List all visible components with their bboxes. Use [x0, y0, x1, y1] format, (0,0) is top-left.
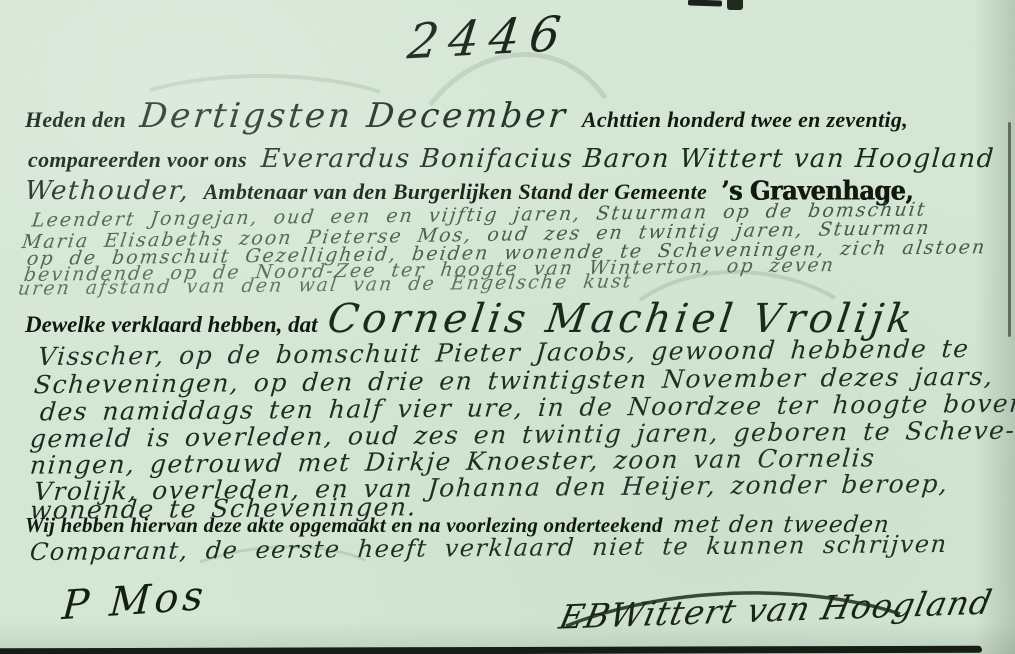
act-number: 2446: [405, 6, 574, 71]
handwritten-date: Dertigsten December: [138, 96, 570, 136]
printed-year: Achttien honderd twee en zeventig,: [582, 107, 908, 133]
scan-edge-bottom: [0, 646, 982, 654]
printed-heden-den: Heden den: [25, 107, 126, 133]
handwritten-official-name: Everardus Bonifacius Baron Wittert van H…: [260, 144, 996, 174]
scan-artifact-top-1: [688, 0, 722, 7]
signature-official: EBWittert van Hoogland: [556, 582, 996, 636]
closing-line-1: Wij hebben hiervan deze akte opgemaakt e…: [25, 512, 889, 538]
declaration-line: Dewelke verklaard hebben, dat Cornelis M…: [25, 296, 915, 342]
deceased-name: Cornelis Machiel Vrolijk: [324, 296, 918, 342]
opening-line-2: compareerden voor ons Everardus Bonifaci…: [28, 144, 995, 174]
handwritten-title-wethouder: Wethouder,: [24, 176, 191, 206]
scan-artifact-top-2: [727, 0, 743, 10]
printed-dewelke: Dewelke verklaard hebben, dat: [25, 312, 318, 338]
scan-edge-right: [1008, 122, 1011, 337]
printed-ambtenaar: Ambtenaar van den Burgerlijken Stand der…: [203, 179, 707, 205]
printed-compareerden: compareerden voor ons: [28, 147, 247, 173]
handwritten-met-den-tweeden: met den tweeden: [671, 512, 890, 538]
death-certificate-scan: 2446 Heden den Dertigsten December Achtt…: [0, 0, 1015, 654]
printed-wij-hebben: Wij hebben hiervan deze akte opgemaakt e…: [25, 513, 663, 538]
signature-second-comparant: P Mos: [61, 573, 209, 629]
opening-line-1: Heden den Dertigsten December Achttien h…: [25, 96, 908, 136]
